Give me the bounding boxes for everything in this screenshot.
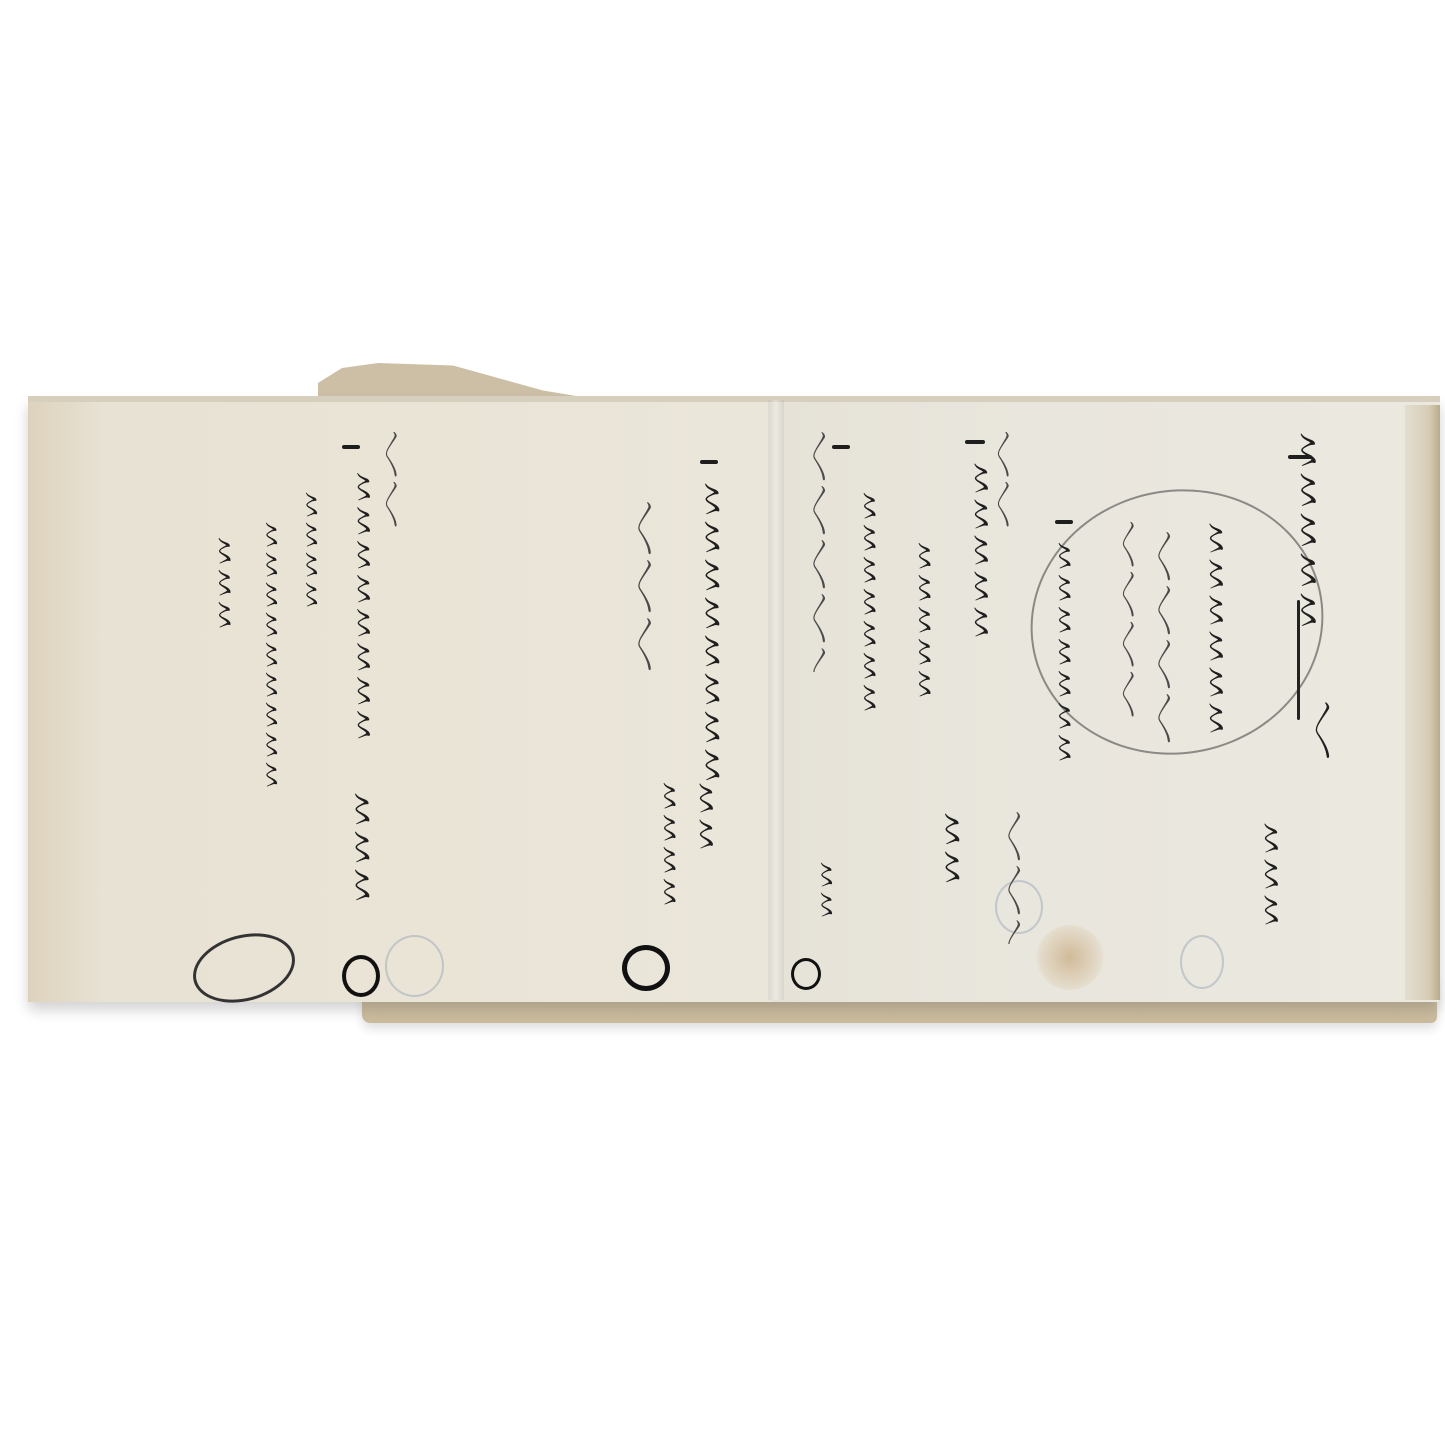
- entry-5-col-c: 〻〻〻〻: [295, 490, 323, 610]
- ghost-circle: [1180, 935, 1224, 989]
- center-fold: [768, 400, 784, 1000]
- circle-mark: [791, 958, 821, 990]
- entry-2-col-a: 〻〻〻〻〻〻: [1195, 520, 1229, 736]
- entry-marker: [700, 460, 718, 464]
- entry-3-col-b: 〳〵〳〵〳〵〳〵〳: [805, 430, 831, 674]
- entry-2-col-c: 〳〵〳〵〳〵〳〵: [1115, 520, 1139, 720]
- entry-marker: [832, 445, 850, 449]
- entry-5-col-a: 〳〵〳〵: [378, 430, 402, 530]
- entry-1-right-col: 〻〻〻: [1250, 820, 1284, 928]
- water-stain: [1035, 925, 1105, 990]
- entry-4-col-c: 〻〻〻〻: [650, 780, 680, 908]
- entry-marker: [965, 440, 985, 444]
- entry-2b-col-b: 〳〵〳〵: [990, 430, 1014, 530]
- entry-marker: [342, 445, 360, 449]
- entry-2b-name: 〻〻: [930, 810, 966, 886]
- entry-4-col-a: 〻〻〻〻〻〻〻〻: [690, 480, 726, 784]
- entry-marker: [1055, 520, 1073, 524]
- entry-2-col-b: 〳〵〳〵〳〵〳〵: [1150, 530, 1176, 746]
- torn-top-edge: [28, 396, 1440, 402]
- entry-1-stroke: [1297, 600, 1300, 720]
- entry-1-heading: 〻〻〻〻〻: [1285, 430, 1323, 630]
- ghost-circle: [385, 935, 444, 997]
- entry-3-col-a: 〻〻〻〻〻〻〻: [850, 490, 880, 714]
- entry-5-col-b: 〻〻〻〻〻〻〻〻: [345, 470, 377, 742]
- entry-5-col-e: 〻〻〻: [205, 535, 235, 631]
- entry-5-name: 〻〻〻: [340, 790, 376, 904]
- document-photo: 〻〻〻〻〻 〳〵 〻〻〻 〻〻〻〻〻〻 〳〵〳〵〳〵〳〵 〳〵〳〵〳〵〳〵 〻〻…: [0, 0, 1445, 1445]
- entry-3-col-c: 〻〻: [810, 860, 838, 920]
- entry-5-col-d: 〻〻〻〻〻〻〻〻〻: [255, 520, 283, 790]
- entry-2-col-e: 〳〵〳〵〳: [1000, 810, 1026, 946]
- right-page-edge: [1405, 405, 1440, 1000]
- entry-4-name: 〻〻: [685, 780, 719, 852]
- entry-1-side-note: 〳〵: [1305, 700, 1335, 762]
- circle-mark: [622, 945, 670, 991]
- entry-2b-col-c: 〻〻〻〻〻: [905, 540, 935, 700]
- entry-4-col-b: 〳〵〳〵〳〵: [630, 500, 658, 674]
- entry-2-col-d: 〻〻〻〻〻〻〻: [1045, 540, 1075, 764]
- circle-mark: [342, 955, 380, 997]
